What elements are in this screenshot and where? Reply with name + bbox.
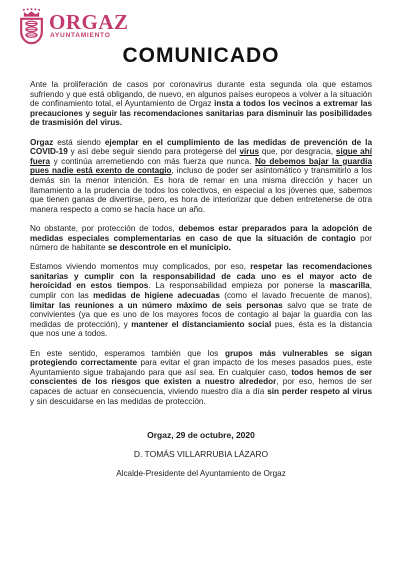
- signer-title: Alcalde-Presidente del Ayuntamiento de O…: [30, 469, 372, 478]
- emphasis-text: limitar las reuniones a un número máximo…: [30, 301, 283, 310]
- body-text: y continúa arremetiendo con más fuerza q…: [50, 157, 255, 166]
- body-paragraphs: Ante la proliferación de casos por coron…: [30, 80, 372, 406]
- paragraph: Ante la proliferación de casos por coron…: [30, 80, 372, 128]
- signature-block: Orgaz, 29 de octubre, 2020 D. TOMÁS VILL…: [30, 430, 372, 478]
- emphasis-text: mantener el distanciamiento social: [131, 320, 271, 329]
- body-text: En este sentido, esperamos también que l…: [30, 349, 225, 358]
- logo-text: ORGAZ AYUNTAMIENTO: [49, 12, 129, 39]
- paragraph: En este sentido, esperamos también que l…: [30, 349, 372, 407]
- paragraph: Estamos viviendo momentos muy complicado…: [30, 262, 372, 339]
- emphasis-text: medidas de higiene adecuadas: [93, 291, 220, 300]
- logo-subtitle: AYUNTAMIENTO: [50, 32, 129, 39]
- emphasis-text: virus: [239, 147, 259, 156]
- body-text: que, por desgracia,: [259, 147, 336, 156]
- body-text: y sin descuidarse en las medidas de prot…: [30, 397, 206, 406]
- body-text: y así debe seguir siendo para protegerse…: [68, 147, 240, 156]
- date-line: Orgaz, 29 de octubre, 2020: [30, 430, 372, 440]
- logo-municipality-name: ORGAZ: [49, 12, 129, 32]
- emphasis-text: mascarilla: [330, 281, 370, 290]
- emphasis-text: se descontrole en el municipio.: [108, 243, 231, 252]
- paragraph: Orgaz está siendo ejemplar en el cumplim…: [30, 138, 372, 215]
- emphasis-text: Orgaz: [30, 138, 53, 147]
- body-text: está siendo: [53, 138, 105, 147]
- emphasis-text: sin perder respeto al virus: [267, 387, 372, 396]
- document-page: ORGAZ AYUNTAMIENTO COMUNICADO Ante la pr…: [0, 0, 400, 565]
- body-text: . La responsabilidad empieza por ponerse…: [148, 281, 329, 290]
- body-text: Estamos viviendo momentos muy complicado…: [30, 262, 250, 271]
- page-title: COMUNICADO: [30, 44, 372, 68]
- signer-name: D. TOMÁS VILLARRUBIA LÁZARO: [30, 449, 372, 459]
- body-text: (como el lavado frecuente de manos),: [220, 291, 372, 300]
- document-content: COMUNICADO Ante la proliferación de caso…: [30, 44, 372, 478]
- paragraph: No obstante, por protección de todos, de…: [30, 224, 372, 253]
- body-text: No obstante, por protección de todos,: [30, 224, 179, 233]
